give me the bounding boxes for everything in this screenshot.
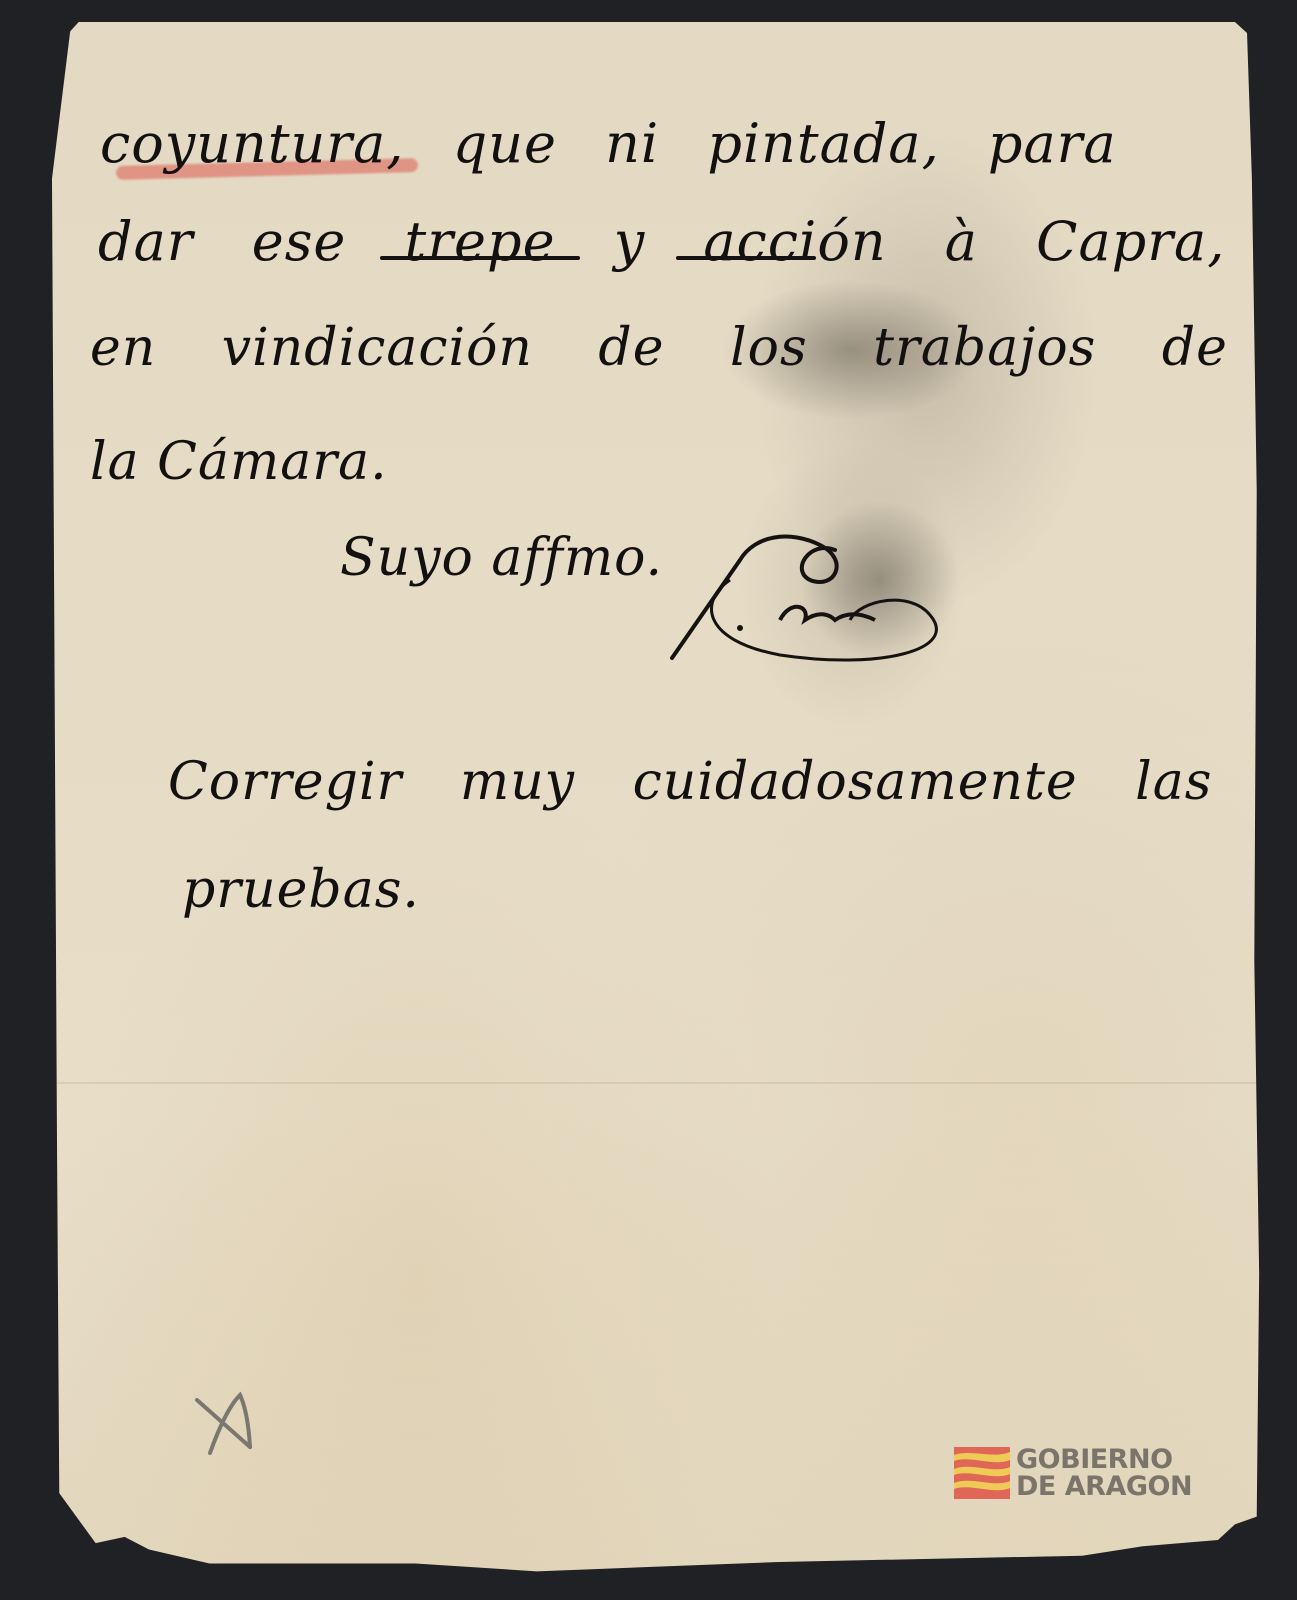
postscript-line-1: Corregir muy cuidadosamente las: [168, 752, 1213, 812]
paper-fold-line: [52, 1082, 1264, 1084]
signature-flourish-icon: [660, 520, 960, 670]
aragon-flag-icon: [954, 1447, 1010, 1499]
letter-closing: Suyo affmo.: [340, 528, 663, 588]
letter-line-2: dar ese trepe y acción à Capra,: [98, 210, 1225, 273]
pencil-x-mark-icon: [195, 1385, 265, 1455]
letter-line-3: en vindicación de los trabajos de: [90, 318, 1228, 378]
letter-line-1: coyuntura, que ni pintada, para: [100, 112, 1117, 175]
logo-line-1: GOBIERNO: [1016, 1446, 1192, 1473]
gobierno-de-aragon-logo: GOBIERNO DE ARAGON: [954, 1446, 1192, 1500]
postscript-line-2: pruebas.: [182, 860, 420, 920]
ink-underline-accion: [676, 256, 816, 260]
scan-frame: coyuntura, que ni pintada, para dar ese …: [0, 0, 1297, 1600]
ink-underline-trepe: [380, 256, 580, 260]
logo-line-2: DE ARAGON: [1016, 1473, 1192, 1500]
letter-line-4: la Cámara.: [90, 432, 388, 492]
